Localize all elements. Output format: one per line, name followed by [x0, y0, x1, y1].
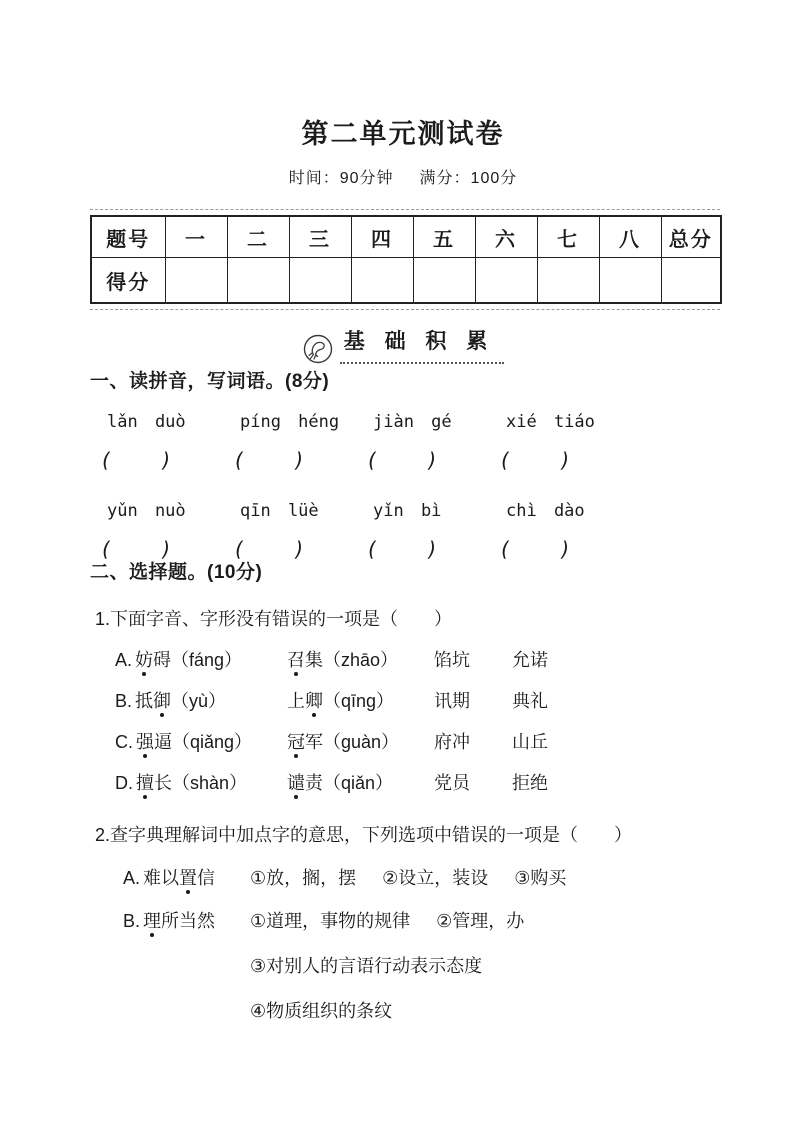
answer-blank: () [366, 537, 438, 561]
score-cell [227, 258, 289, 304]
answer-blank: () [100, 537, 172, 561]
option-row-d: D.擅长（shàn） 谴责（qiǎn） 党员 拒绝 [115, 772, 716, 795]
pinyin-row-1: lǎn duò píng héng jiàn gé xié tiáo [107, 411, 716, 433]
option-word: 理所当然 [143, 911, 215, 931]
section-banner: 基 础 积 累 [90, 325, 716, 370]
definition: ②管理，办 [436, 910, 524, 933]
option-letter: C. [115, 732, 133, 752]
question-one-heading: 一、读拼音，写词语。(8分) [90, 370, 716, 394]
col-7: 七 [537, 216, 599, 258]
page-title: 第二单元测试卷 [90, 118, 716, 150]
pinyin-row-2: yǔn nuò qīn lüè yǐn bì chì dào [107, 500, 716, 522]
option-word: 馅坑 [434, 649, 512, 672]
option-word: 拒绝 [512, 772, 548, 795]
score-cell [351, 258, 413, 304]
col-total: 总分 [661, 216, 721, 258]
definition: ③购买 [514, 867, 566, 890]
pinyin-word: píng héng [240, 411, 373, 433]
option-word: 典礼 [512, 690, 548, 713]
score-cell [413, 258, 475, 304]
answer-blank: () [366, 448, 438, 472]
divider-top [90, 209, 720, 210]
option-word: 强逼（qiǎng） [136, 732, 252, 752]
option-letter: A. [123, 868, 140, 888]
definition-continuation: ④物质组织的条纹 [250, 1000, 716, 1023]
option-letter: D. [115, 773, 133, 793]
option-word: 妨碍（fáng） [135, 650, 242, 670]
col-8: 八 [599, 216, 661, 258]
option-row-b: B.抵御（yù） 上卿（qīng） 讯期 典礼 [115, 690, 716, 713]
option-word: 谴责（qiǎn） [287, 772, 434, 795]
col-2: 二 [227, 216, 289, 258]
score-header: 得分 [91, 258, 165, 304]
section-title: 基 础 积 累 [340, 325, 505, 364]
pinyin-word: chì dào [506, 500, 639, 522]
col-6: 六 [475, 216, 537, 258]
option-word: 召集（zhāo） [287, 649, 434, 672]
score-table: 题号 一 二 三 四 五 六 七 八 总分 得分 [90, 215, 722, 304]
pinyin-word: xié tiáo [506, 411, 639, 433]
exam-meta: 时间：90分钟 满分：100分 [90, 165, 716, 188]
pinyin-word: jiàn gé [373, 411, 506, 433]
option-word: 抵御（yù） [135, 691, 226, 711]
score-row: 得分 [91, 258, 721, 304]
option-word: 府冲 [434, 731, 512, 754]
question-two-heading: 二、选择题。(10分) [90, 561, 716, 585]
option-word: 讯期 [434, 690, 512, 713]
answer-paren-row-2: () () () () [100, 537, 716, 561]
col-1: 一 [165, 216, 227, 258]
option-word: 党员 [434, 772, 512, 795]
item-1-stem: 1.下面字音、字形没有错误的一项是（ ） [95, 608, 716, 631]
answer-blank: () [100, 448, 172, 472]
option-word: 允诺 [512, 649, 548, 672]
answer-paren-row-1: () () () () [100, 448, 716, 472]
option-row-a: A.妨碍（fáng） 召集（zhāo） 馅坑 允诺 [115, 649, 716, 672]
col-4: 四 [351, 216, 413, 258]
pinyin-word: lǎn duò [107, 411, 240, 433]
score-cell [475, 258, 537, 304]
question-number-header: 题号 [91, 216, 165, 258]
option-word: 上卿（qīng） [287, 690, 434, 713]
definition-continuation: ③对别人的言语行动表示态度 [250, 955, 716, 978]
option-word: 冠军（guàn） [287, 731, 434, 754]
answer-blank: () [233, 448, 305, 472]
definition: ②设立，装设 [382, 867, 488, 890]
pinyin-word: yǐn bì [373, 500, 506, 522]
answer-blank: () [233, 537, 305, 561]
answer-blank: () [499, 537, 571, 561]
definition: ①道理，事物的规律 [250, 910, 410, 933]
pinyin-word: qīn lüè [240, 500, 373, 522]
option-row-a2: A.难以置信 ①放，搁，摆 ②设立，装设 ③购买 [123, 867, 716, 890]
doodle-circle-icon [302, 333, 334, 365]
pinyin-word: yǔn nuò [107, 500, 240, 522]
option-letter: B. [115, 691, 132, 711]
answer-blank: () [499, 448, 571, 472]
divider-bottom [90, 309, 720, 310]
option-word: 难以置信 [143, 868, 215, 888]
time-limit-label: 时间：90分钟 [289, 165, 394, 188]
col-3: 三 [289, 216, 351, 258]
exam-paper: 第二单元测试卷 时间：90分钟 满分：100分 题号 一 二 三 四 五 六 七… [0, 0, 793, 1122]
score-cell [599, 258, 661, 304]
option-word: 擅长（shàn） [136, 773, 247, 793]
score-cell [165, 258, 227, 304]
item-2-stem: 2.查字典理解词中加点字的意思，下列选项中错误的一项是（ ） [95, 824, 716, 847]
full-score-label: 满分：100分 [420, 165, 518, 188]
option-row-c: C.强逼（qiǎng） 冠军（guàn） 府冲 山丘 [115, 731, 716, 754]
score-cell [537, 258, 599, 304]
question-number-row: 题号 一 二 三 四 五 六 七 八 总分 [91, 216, 721, 258]
option-letter: B. [123, 911, 140, 931]
col-5: 五 [413, 216, 475, 258]
option-word: 山丘 [512, 731, 548, 754]
definition: ①放，搁，摆 [250, 867, 356, 890]
option-letter: A. [115, 650, 132, 670]
score-cell [289, 258, 351, 304]
score-cell [661, 258, 721, 304]
option-row-b2: B.理所当然 ①道理，事物的规律 ②管理，办 [123, 910, 716, 933]
